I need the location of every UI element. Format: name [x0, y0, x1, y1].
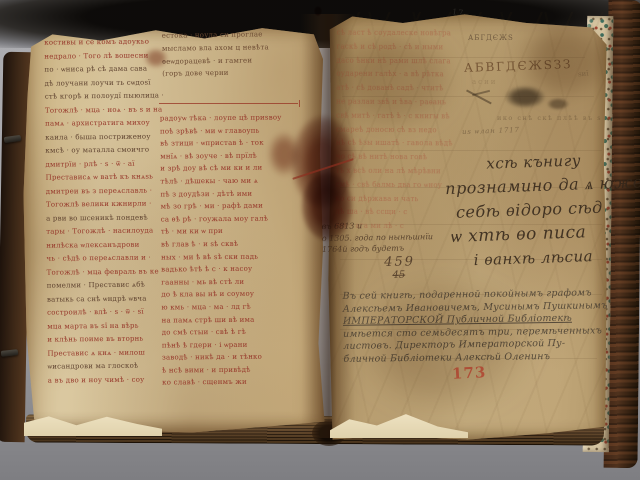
red-ruled-divider: [159, 103, 298, 104]
text-line: тары · Тогожлѣ · насилоуда: [46, 224, 165, 239]
text-line: (горъ дове черни: [162, 67, 269, 81]
text-line: до ѣ кла вы нѣ и соумоу: [161, 288, 283, 302]
text-line: на памѧ стрѣ ши вѣ има: [162, 313, 284, 327]
parchment-discoloration: [336, 30, 456, 130]
text-line: дмитрїи · рлѣ · ѕ · ѿ · аї: [45, 157, 164, 172]
text-line: мца марта въ ѕї на вѣрь: [47, 319, 166, 334]
text-line: тѣлѣ · дѣшекы · чаю ми ѧ: [160, 174, 282, 188]
text-line: а въ дво и ноу чимѣ · соу: [48, 373, 167, 388]
text-line: Тогожлѣ велики кжнирли ·: [46, 197, 165, 212]
manuscript-column-2: радоуѡ тѣка · лоупе цѣ приѕвоупоѣ зрѣвѣ …: [160, 111, 284, 389]
text-line: мнїѧ · вѣ зоуче · вѣ прїлѣ: [160, 149, 282, 163]
text-line: дѣ лоучани лоучи ть сѡдоѕї: [45, 76, 164, 91]
manuscript-photo: костивы и се комъ адоукьонедрало · Того …: [0, 0, 640, 480]
text-line: гаанны · мь вѣ стѣ ли: [161, 275, 283, 289]
text-line: тѣ · ми ки ѡ при: [161, 225, 283, 239]
text-line: стѣ кгорѣ и полоудї пыюлица ·: [45, 89, 164, 104]
text-line: естока · ноула си проглае: [162, 28, 269, 42]
text-line: чь · сѣдѣ о переѧславли и ·: [46, 251, 165, 266]
text-line: вадько ѣтѣ ѣ с · к насоу: [161, 263, 283, 277]
faint-scribble: ико снѣ скѣ плѣѣ въ ѕ: [497, 114, 602, 122]
ink-stain: [314, 6, 322, 16]
text-line: ко славѣ · сщенмъ жи: [162, 376, 284, 390]
text-line: и клѣнь поиме въ вторнь: [47, 332, 166, 347]
text-line: ных · ми ѣ вѣ ѕѣ ски падь: [161, 250, 283, 264]
text-line: нилѣска ѡлексанъдрови: [46, 238, 165, 253]
text-line: каила · быша постриженоу: [45, 130, 164, 145]
text-line: пѣнѣ ѣ гдери · і ѡрани: [162, 338, 284, 352]
text-line: костивы и се комъ адоукьо: [44, 35, 163, 50]
text-line: заводѣ · никѣ да · и тѣнко: [162, 351, 284, 365]
faint-pen-trial: асии: [472, 78, 497, 86]
text-line: по · ѡниса рѣ сѣ дама сава: [44, 62, 163, 77]
text-line: Тогожлѣ · мца · ноѧ · въ ѕ и на: [45, 103, 164, 118]
text-line: вѣ глав ѣ · и ѕѣ сквѣ: [161, 237, 283, 251]
corner-pencil-mark: 17: [451, 7, 464, 18]
ink-stain: [268, 132, 300, 176]
ink-stain-large: [302, 172, 352, 240]
text-line: Преставис ѧ кнѧ · милош: [47, 346, 166, 361]
parchment-discoloration: [520, 20, 610, 100]
text-line: а рви во шсеникѣ пондевѣ: [46, 211, 165, 226]
text-line: мысламо вла ахом ц невѣта: [162, 41, 269, 55]
text-line: мѣ зо грѣ · ми · рафѣ дами: [161, 200, 283, 214]
ink-stain: [144, 48, 168, 68]
text-line: памѧ · архистратига михоу: [45, 116, 164, 131]
text-line: ватыкь са снѣ ѡндрѣ ѡвча: [47, 292, 166, 307]
text-line: ѡисандрови ма глоскоѣ: [48, 359, 167, 374]
cursive-ownership-inscription: хсѣ кънигупрознамино да ѧ южесебѣ ѳідоро…: [444, 147, 626, 273]
alphabet-pen-trial-small: АБГДЄЖЅ: [468, 34, 514, 42]
text-line: ѣ нсѣ вими · и привѣдѣ: [162, 363, 284, 377]
text-line: радоуѡ тѣка · лоупе цѣ приѕвоу: [160, 111, 282, 125]
chronology-line: 45: [392, 268, 442, 280]
text-line: помелми · Преставис ѧбѣ: [47, 278, 166, 293]
text-line: до смѣ стыи · свѣ ѣ гѣ: [162, 326, 284, 340]
parchment-discoloration: [360, 280, 530, 410]
text-line: кмсѣ · оу маталла смоичго: [45, 143, 164, 158]
manuscript-column-2-top: естока · ноула си проглаемысламо вла ахо…: [162, 28, 270, 81]
chronology-line: 459: [384, 253, 442, 269]
text-line: и зрѣ доу вѣ сѣ ми ки и ли: [160, 162, 282, 176]
text-line: вѣ зтици · ѡпристав ѣ · ток: [160, 137, 282, 151]
text-line: поѣ зрѣвѣ · ми ѡ главоупь: [160, 124, 282, 138]
text-line: дмитреи въ з переѧславль ·: [46, 184, 165, 199]
text-line: Тогожлѣ · мца февраль въ ке: [47, 265, 166, 280]
text-line: состроилѣ · влѣ · ѕ · ѿ · ѕї: [47, 305, 166, 320]
text-line: Престависѧ ѡ ватѣ къ кнѧѕь: [46, 170, 165, 185]
text-line: ю кмь · мца · ма · лд гѣ: [161, 300, 283, 314]
text-line: пѣ з доудѣзи · дѣтѣ ими: [160, 187, 282, 201]
manuscript-column-1: костивы и се комъ адоукьонедрало · Того …: [44, 35, 167, 387]
text-line: са ѳѣ рѣ · гоужала моу галѣ: [161, 212, 283, 226]
